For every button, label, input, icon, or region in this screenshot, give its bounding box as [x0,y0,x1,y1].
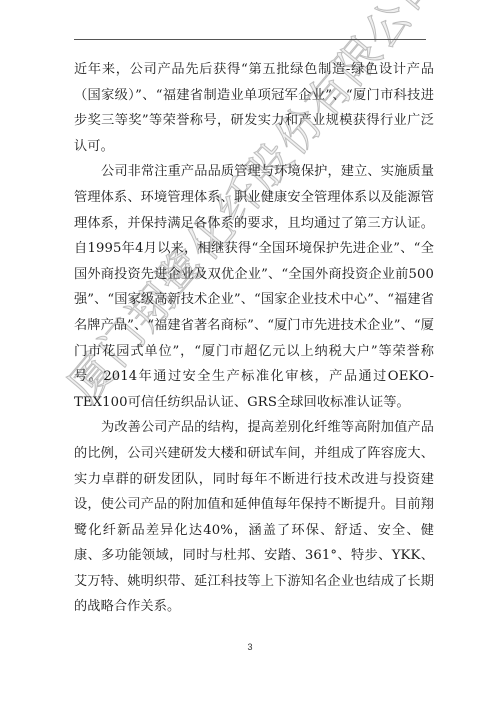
paragraph-quality-management: 公司非常注重产品品质管理与环境保护，建立、实施质量管理体系、环境管理体系、职业健… [74,159,434,415]
paragraph-awards: 近年来，公司产品先后获得“第五批绿色制造-绿色设计产品（国家级）”、“福建省制造… [74,57,434,159]
paragraph-product-structure: 为改善公司产品的结构，提高差别化纤维等高附加值产品的比例，公司兴建研发大楼和研试… [74,415,434,620]
header-rule [74,39,426,40]
page-number: 3 [0,642,500,652]
document-body: 近年来，公司产品先后获得“第五批绿色制造-绿色设计产品（国家级）”、“福建省制造… [74,57,434,620]
